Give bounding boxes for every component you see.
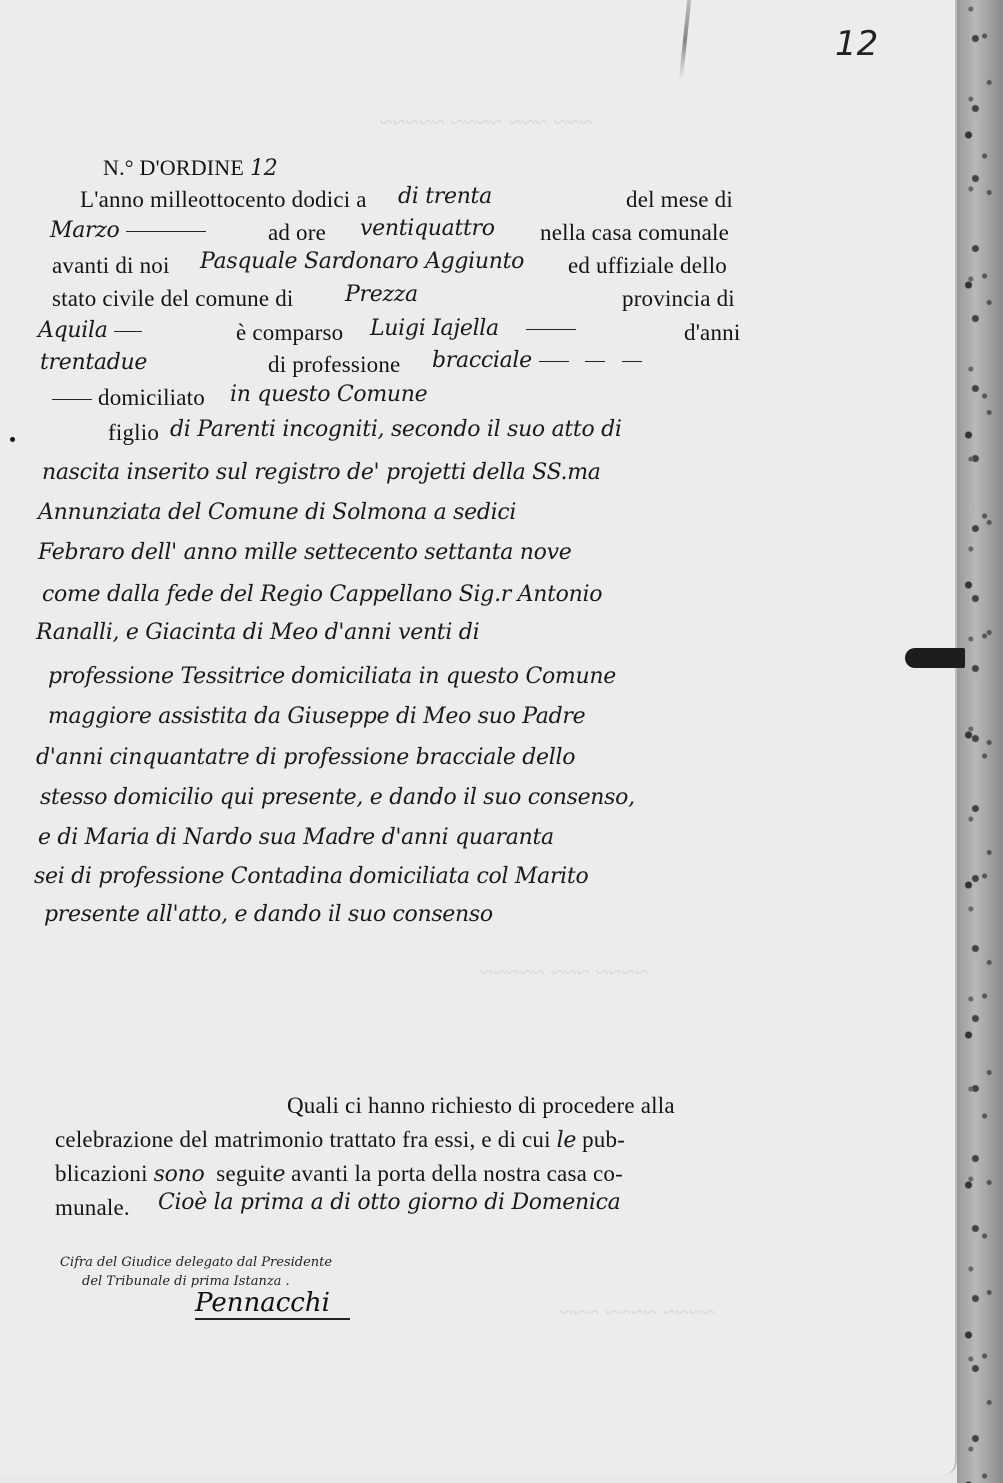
printed-line-5a: è comparso bbox=[236, 320, 343, 346]
judge-signature: Pennacchi bbox=[195, 1288, 350, 1320]
bleed-through: ~~~~ ~~~ ~~~~~ bbox=[480, 960, 648, 987]
printed-line-4a: stato civile del comune di bbox=[52, 286, 294, 312]
page-binding-edge bbox=[957, 0, 1003, 1483]
hw-month: Marzo bbox=[50, 218, 206, 243]
judge-note-line-1: Cifra del Giudice delegato dal President… bbox=[60, 1253, 332, 1272]
printed-closing-3: blicazioni sono seguite avanti la porta … bbox=[55, 1161, 623, 1187]
order-label: N.° D'ORDINE bbox=[103, 155, 244, 180]
hw-line-14: professione Tessitrice domiciliata in qu… bbox=[48, 664, 616, 689]
hw-line-16: d'anni cinquantatre di professione bracc… bbox=[36, 745, 575, 770]
hw-closing-date: Cioè la prima a di otto giorno di Domeni… bbox=[158, 1190, 620, 1215]
order-number-line: N.° D'ORDINE 12 bbox=[103, 155, 277, 181]
hw-domicile: in questo Comune bbox=[230, 382, 427, 407]
printed-line-6a: di professione bbox=[268, 352, 400, 378]
hw-line-9: nascita inserito sul registro de' projet… bbox=[42, 460, 601, 485]
printed-line-4b: provincia di bbox=[622, 286, 735, 312]
printed-closing-4: munale. bbox=[55, 1195, 130, 1221]
printed-line-2b: nella casa comunale bbox=[540, 220, 729, 246]
hw-comune: Prezza bbox=[345, 282, 418, 307]
judge-cipher-note: Cifra del Giudice delegato dal President… bbox=[60, 1253, 332, 1291]
hw-age: trentadue bbox=[40, 350, 147, 375]
hw-name: Luigi Iajella bbox=[370, 316, 576, 341]
hw-line-18: e di Maria di Nardo sua Madre d'anni qua… bbox=[38, 825, 554, 850]
hw-day: di trenta bbox=[398, 184, 492, 209]
printed-closing-2: celebrazione del matrimonio trattato fra… bbox=[55, 1127, 625, 1153]
printed-line-5b: d'anni bbox=[684, 320, 740, 346]
printed-line-7a: domiciliato bbox=[52, 385, 205, 411]
hw-line-11: Febraro dell' anno mille settecento sett… bbox=[38, 540, 571, 565]
hw-line-19: sei di professione Contadina domiciliata… bbox=[34, 864, 588, 889]
printed-line-1a: L'anno milleottocento dodici a bbox=[80, 187, 367, 213]
printed-line-3b: ed uffiziale dello bbox=[568, 253, 727, 279]
binding-tab bbox=[905, 648, 965, 668]
printed-line-1b: del mese di bbox=[626, 187, 733, 213]
order-number: 12 bbox=[250, 156, 277, 181]
page-number: 12 bbox=[835, 24, 878, 64]
hw-line-20: presente all'atto, e dando il suo consen… bbox=[44, 902, 493, 927]
printed-closing-1: Quali ci hanno richiesto di procedere al… bbox=[287, 1093, 675, 1119]
printed-line-2a: ad ore bbox=[268, 220, 326, 246]
hw-profession: bracciale bbox=[432, 348, 642, 373]
bleed-through: ~~~ ~~~ ~~~~ ~~~~~ bbox=[380, 110, 593, 137]
hw-official: Pasquale Sardonaro Aggiunto bbox=[200, 249, 524, 274]
printed-line-8a: figlio bbox=[108, 420, 159, 446]
ink-dot bbox=[10, 437, 15, 442]
bleed-through: ~~~~ ~~~~ ~~~ bbox=[560, 1300, 715, 1327]
hw-line-17: stesso domicilio qui presente, e dando i… bbox=[40, 785, 635, 810]
printed-line-3a: avanti di noi bbox=[52, 253, 170, 279]
hw-line-13: Ranalli, e Giacinta di Meo d'anni venti … bbox=[36, 620, 479, 645]
hw-hour: ventiquattro bbox=[360, 216, 495, 241]
hw-line-10: Annunziata del Comune di Solmona a sedic… bbox=[38, 500, 516, 525]
hw-line-15: maggiore assistita da Giuseppe di Meo su… bbox=[48, 704, 585, 729]
hw-line-8: di Parenti incogniti, secondo il suo att… bbox=[170, 417, 622, 442]
hw-line-12: come dalla fede del Regio Cappellano Sig… bbox=[42, 582, 602, 607]
hw-provincia: Aquila bbox=[38, 318, 142, 343]
